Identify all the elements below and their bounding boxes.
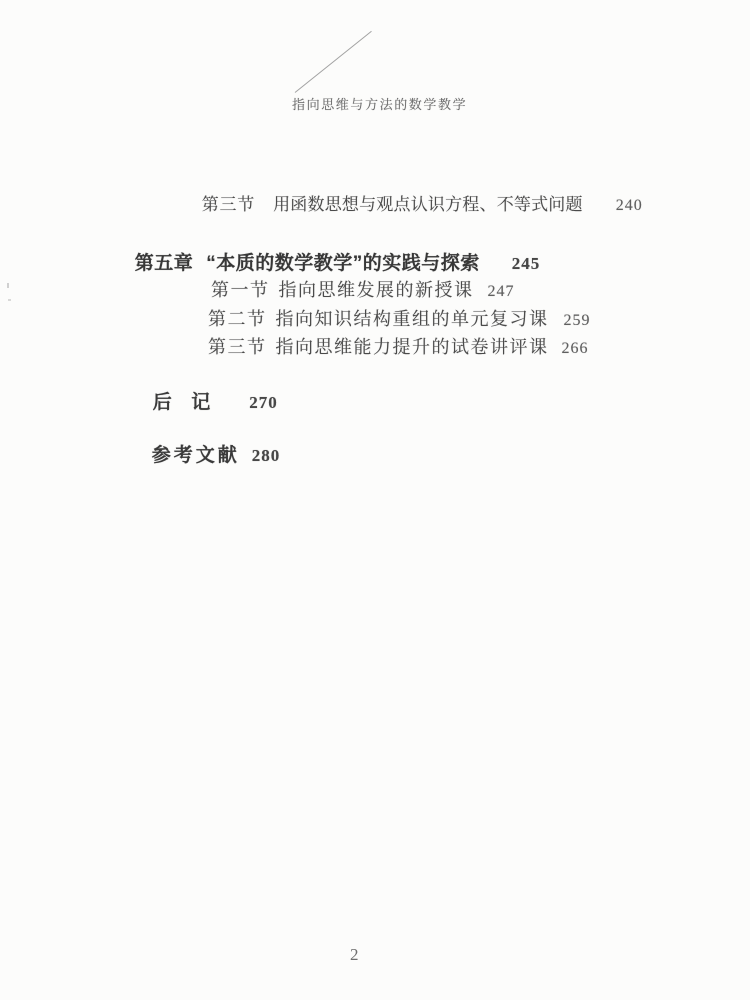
toc-entry-page-number: 280 [252, 446, 281, 465]
toc-entry-page-number: 270 [249, 393, 278, 412]
toc-entry-page-number: 266 [562, 340, 589, 357]
running-head: 指向思维与方法的数学教学 [292, 94, 467, 113]
scan-speck [8, 299, 11, 301]
toc-entry-title: 指向思维能力提升的试卷讲评课 [276, 337, 549, 357]
scan-speck [7, 283, 9, 288]
book-page: 指向思维与方法的数学教学 第三节用函数思想与观点认识方程、不等式问题240 第五… [0, 0, 750, 1000]
toc-entry-label: 后 记 [153, 392, 214, 413]
toc-entry-label: 参考文献 [152, 445, 240, 466]
toc-entry-label: 第三节 [202, 195, 255, 214]
toc-entry-backmatter: 参考文献280 [102, 418, 280, 489]
diagonal-scan-line [295, 31, 372, 93]
toc-entry-page-number: 240 [616, 197, 643, 214]
page-number: 2 [350, 945, 359, 965]
toc-entry-title: 用函数思想与观点认识方程、不等式问题 [273, 195, 583, 214]
toc-entry-label: 第三节 [208, 337, 267, 357]
toc-entry-page-number: 245 [512, 254, 541, 273]
